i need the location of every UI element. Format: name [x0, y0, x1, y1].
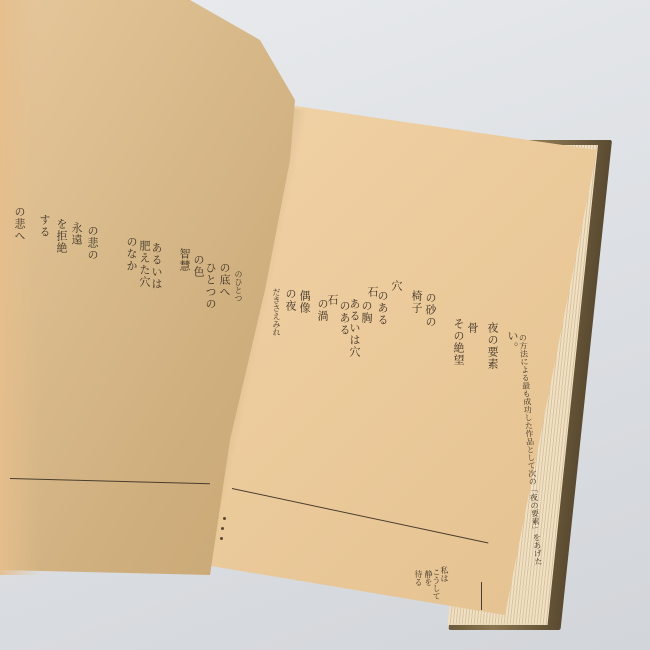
footer-phrase: 待る — [414, 570, 423, 586]
poem-phrase: 永遠 — [70, 222, 82, 246]
poem-phrase: の底へ — [218, 262, 230, 298]
poem-phrase: 智慧 — [178, 248, 190, 272]
page-mark — [223, 517, 226, 520]
poem-phrase: 偶像 — [298, 290, 310, 314]
page-mark — [220, 537, 223, 540]
poem-phrase: の悲へ — [13, 206, 25, 242]
poem-phrase: 夜の要素 — [486, 322, 498, 370]
poem-phrase: の夜 — [284, 288, 296, 312]
left-page-edge — [0, 0, 40, 575]
poem-phrase: ひとつの — [204, 262, 216, 310]
footer-phrase: こうして — [432, 568, 441, 600]
footer-rule — [481, 582, 482, 610]
footer-phrase: 静を — [424, 570, 433, 586]
poem-phrase: 肥えた穴 — [138, 240, 150, 288]
poem-phrase: 穴 — [390, 280, 402, 292]
prose-line: い。 — [506, 330, 518, 354]
poem-phrase: の胸 — [360, 300, 372, 324]
poem-phrase: を拒絶 — [55, 218, 67, 254]
photo-scene: の悲へ する を拒絶 永遠 の悲の のなか 肥えた穴 あるいは 智慧 の色 ひと… — [0, 0, 650, 650]
poem-phrase: あるいは — [150, 242, 162, 290]
poem-phrase: の色 — [192, 254, 204, 278]
poem-phrase: のなか — [125, 236, 137, 272]
poem-phrase: の悲の — [86, 225, 98, 261]
poem-phrase: の砂の — [424, 292, 436, 328]
footer-phrase: 私は — [440, 566, 449, 582]
poem-phrase: 椅子 — [410, 290, 422, 314]
poem-phrase: あるいは穴 — [348, 298, 360, 358]
poem-phrase: 石 — [326, 294, 338, 306]
poem-phrase: する — [38, 214, 50, 238]
poem-phrase: 骨 — [466, 322, 478, 334]
poem-phrase: その絶望 — [452, 318, 464, 366]
poem-phrase: だきさえみれ — [272, 288, 281, 336]
poem-phrase: のひとつ — [234, 270, 243, 302]
poem-phrase: のある — [376, 290, 388, 326]
page-mark — [221, 527, 224, 530]
